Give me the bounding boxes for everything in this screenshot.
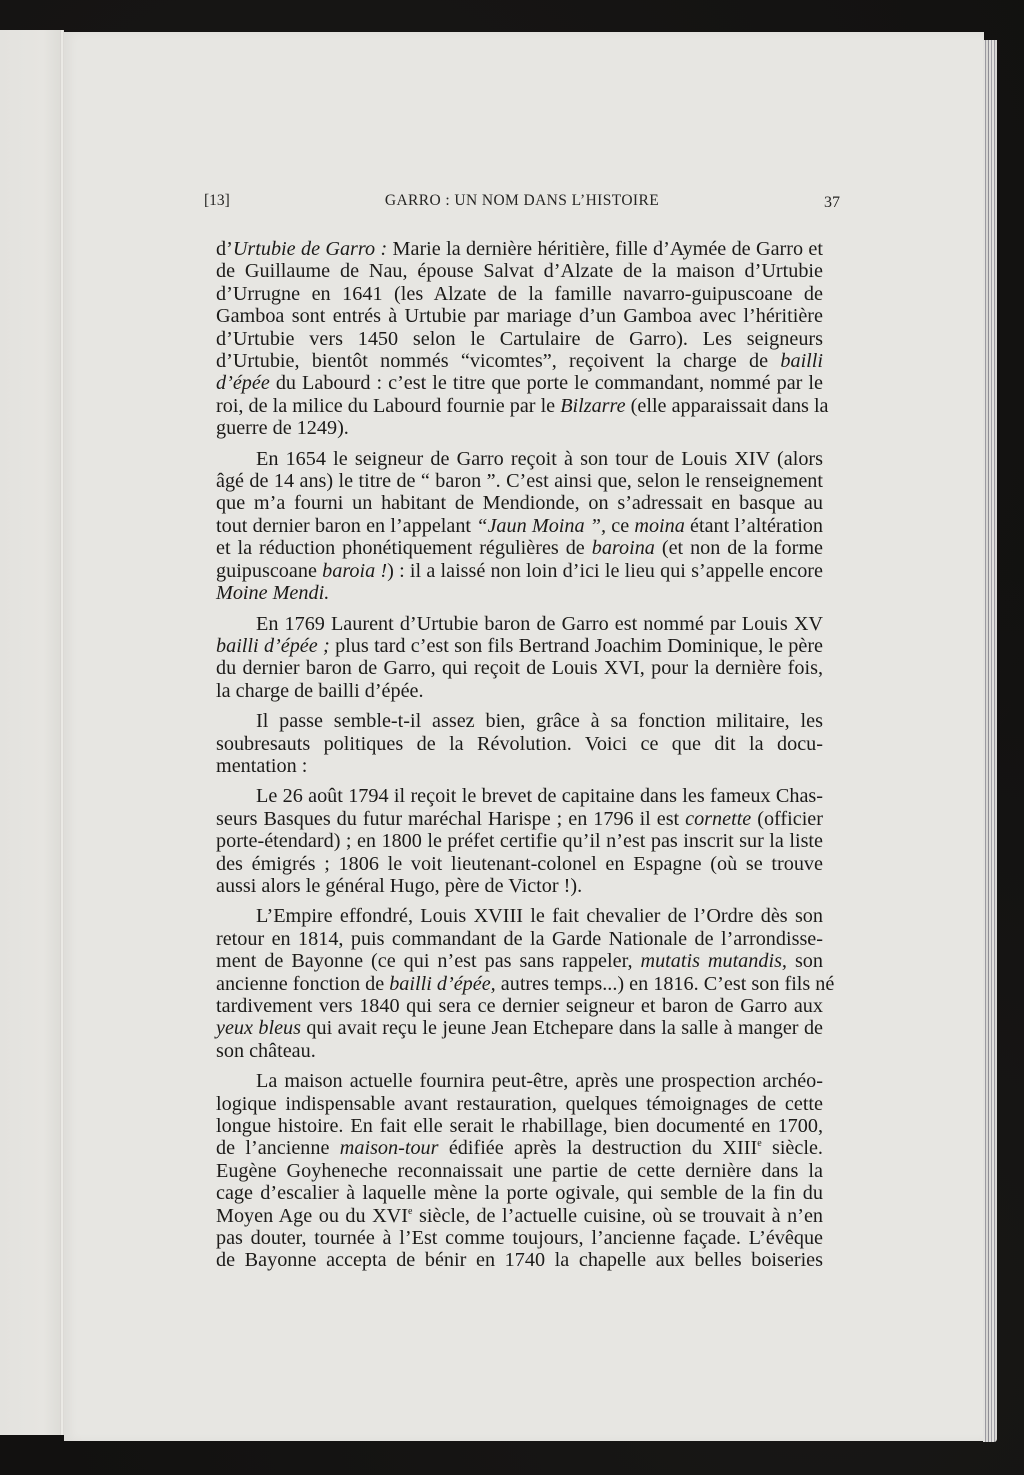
body-text: d’Urtubie de Garro : Marie la dernière h… (216, 238, 823, 1280)
page-stack-edges (983, 40, 997, 1442)
text-line: aussi alors le général Hugo, père de Vic… (216, 875, 823, 897)
text-line: Moine Mendi. (216, 582, 823, 604)
text-line: de Bayonne accepta de bénir en 1740 la c… (216, 1249, 823, 1271)
text-line: ancienne fonction de bailli d’épée, autr… (216, 973, 823, 995)
page-number: 37 (824, 194, 840, 212)
text-line: ment de Bayonne (ce qui n’est pas sans r… (216, 950, 823, 972)
text-line: Eugène Goyheneche reconnaissait une part… (216, 1160, 823, 1182)
text-line: L’Empire effondré, Louis XVIII le fait c… (216, 905, 823, 927)
text-line: En 1654 le seigneur de Garro reçoit à so… (216, 448, 823, 470)
text-line: longue histoire. En fait elle serait le … (216, 1115, 823, 1137)
text-line: cage d’escalier à laquelle mène la porte… (216, 1182, 823, 1204)
text-line: seurs Basques du futur maréchal Harispe … (216, 808, 823, 830)
text-line: d’Urrugne en 1641 (les Alzate de la fami… (216, 283, 823, 305)
text-line: Gamboa sont entrés à Urtubie par mariage… (216, 305, 823, 327)
text-line: roi, de la milice du Labourd fournie par… (216, 395, 823, 417)
paragraph: Il passe semble-t-il assez bien, grâce à… (216, 710, 823, 777)
text-line: Le 26 août 1794 il reçoit le brevet de c… (216, 785, 823, 807)
text-line: de Guillaume de Nau, épouse Salvat d’Alz… (216, 260, 823, 282)
text-line: logique indispensable avant restauration… (216, 1093, 823, 1115)
text-line: guipuscoane baroia !) : il a laissé non … (216, 560, 823, 582)
text-line: yeux bleus qui avait reçu le jeune Jean … (216, 1017, 823, 1039)
text-line: soubresauts politiques de la Révolution.… (216, 733, 823, 755)
text-line: pas douter, tournée à l’Est comme toujou… (216, 1227, 823, 1249)
text-line: retour en 1814, puis commandant de la Ga… (216, 928, 823, 950)
text-line: tardivement vers 1840 qui sera ce dernie… (216, 995, 823, 1017)
running-title: GARRO : UN NOM DANS L’HISTOIRE (204, 192, 840, 210)
text-line: guerre de 1249). (216, 417, 823, 439)
text-line: de l’ancienne maison-tour édifiée après … (216, 1137, 823, 1159)
text-line: porte-étendard) ; en 1800 le préfet cert… (216, 830, 823, 852)
text-line: que m’a fourni un habitant de Mendionde,… (216, 492, 823, 514)
paragraph: En 1654 le seigneur de Garro reçoit à so… (216, 448, 823, 605)
paragraph: Le 26 août 1794 il reçoit le brevet de c… (216, 785, 823, 897)
text-line: Il passe semble-t-il assez bien, grâce à… (216, 710, 823, 732)
running-head: [13] GARRO : UN NOM DANS L’HISTOIRE 37 (204, 192, 840, 214)
text-line: tout dernier baron en l’appelant “Jaun M… (216, 515, 823, 537)
paragraph: La maison actuelle fournira peut-être, a… (216, 1070, 823, 1272)
left-page-edge (0, 30, 62, 1435)
text-line: âgé de 14 ans) le titre de “ baron ”. C’… (216, 470, 823, 492)
text-line: et la réduction phonétiquement régulière… (216, 537, 823, 559)
text-line: d’Urtubie, bientôt nommés “vicomtes”, re… (216, 350, 823, 372)
text-line: d’Urtubie vers 1450 selon le Cartulaire … (216, 328, 823, 350)
text-line: son château. (216, 1040, 823, 1062)
text-line: bailli d’épée ; plus tard c’est son fils… (216, 635, 823, 657)
text-line: du dernier baron de Garro, qui reçoit de… (216, 657, 823, 679)
text-line: La maison actuelle fournira peut-être, a… (216, 1070, 823, 1092)
text-line: la charge de bailli d’épée. (216, 680, 823, 702)
paragraph: d’Urtubie de Garro : Marie la dernière h… (216, 238, 823, 440)
paragraph: L’Empire effondré, Louis XVIII le fait c… (216, 905, 823, 1062)
text-line: En 1769 Laurent d’Urtubie baron de Garro… (216, 613, 823, 635)
text-line: des émigrés ; 1806 le voit lieutenant-co… (216, 853, 823, 875)
text-line: mentation : (216, 755, 823, 777)
text-line: Moyen Age ou du XVIe siècle, de l’actuel… (216, 1205, 823, 1227)
text-line: d’épée du Labourd : c’est le titre que p… (216, 372, 823, 394)
text-line: d’Urtubie de Garro : Marie la dernière h… (216, 238, 823, 260)
paragraph: En 1769 Laurent d’Urtubie baron de Garro… (216, 613, 823, 703)
